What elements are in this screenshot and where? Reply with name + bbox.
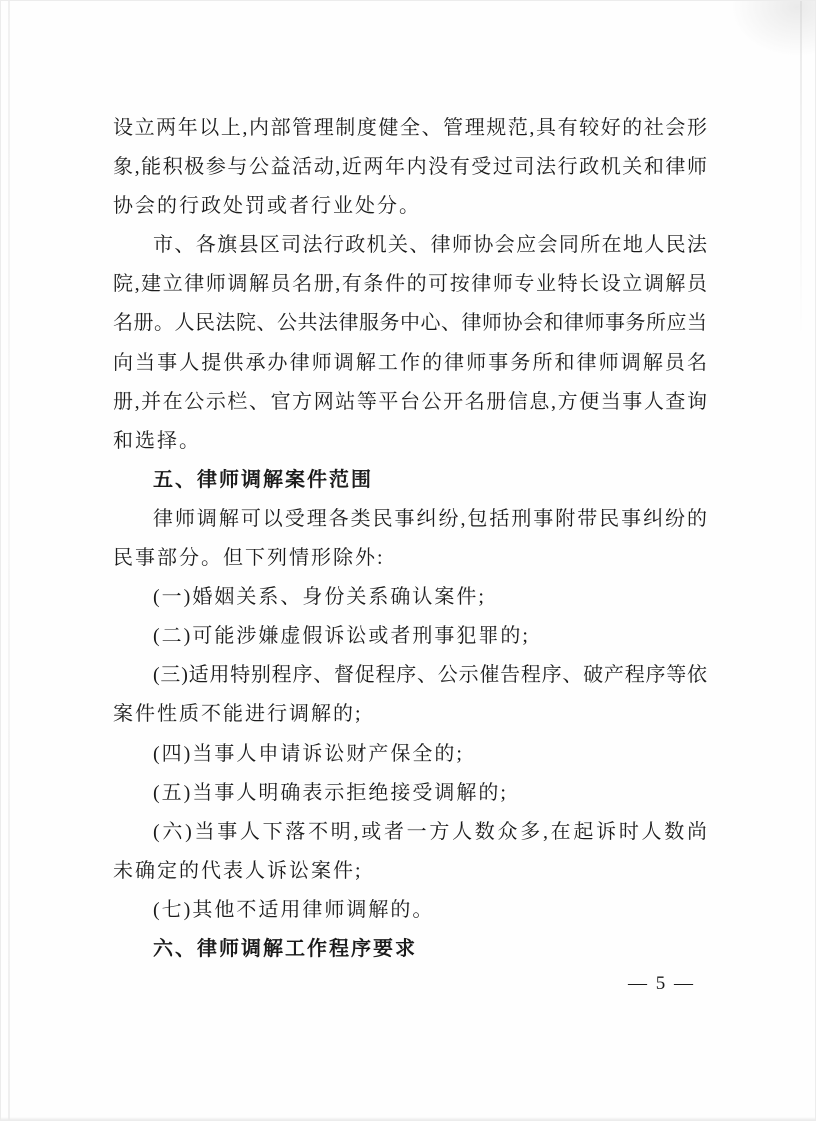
- list-item: (二)可能涉嫌虚假诉讼或者刑事犯罪的;: [113, 617, 707, 656]
- list-item: (四)当事人申请诉讼财产保全的;: [113, 735, 707, 774]
- section-heading-6: 六、律师调解工作程序要求: [113, 930, 707, 969]
- list-item: (七)其他不适用律师调解的。: [113, 891, 707, 930]
- scan-artifact-top-right-smudge: [725, 1, 815, 61]
- text-line: 象,能积极参与公益活动,近两年内没有受过司法行政机关和律师: [113, 148, 707, 187]
- section-heading-5: 五、律师调解案件范围: [113, 461, 707, 500]
- text-line: 册,并在公示栏、官方网站等平台公开名册信息,方便当事人查询: [113, 383, 707, 422]
- list-item: (五)当事人明确表示拒绝接受调解的;: [113, 774, 707, 813]
- text-line: 名册。人民法院、公共法律服务中心、律师协会和律师事务所应当: [113, 304, 707, 343]
- list-item: (一)婚姻关系、身份关系确认案件;: [113, 578, 707, 617]
- text-line: 院,建立律师调解员名册,有条件的可按律师专业特长设立调解员: [113, 265, 707, 304]
- page-number: — 5 —: [628, 971, 695, 997]
- list-item: (三)适用特别程序、督促程序、公示催告程序、破产程序等依: [113, 656, 707, 695]
- scan-artifact-bottom-edge: [1, 1117, 815, 1120]
- text-line: 设立两年以上,内部管理制度健全、管理规范,具有较好的社会形: [113, 109, 707, 148]
- text-line: 向当事人提供承办律师调解工作的律师事务所和律师调解员名: [113, 344, 707, 383]
- text-line: 案件性质不能进行调解的;: [113, 695, 707, 734]
- text-line: 协会的行政处罚或者行业处分。: [113, 187, 707, 226]
- document-page: 设立两年以上,内部管理制度健全、管理规范,具有较好的社会形 象,能积极参与公益活…: [0, 0, 816, 1121]
- list-item: (六)当事人下落不明,或者一方人数众多,在起诉时人数尚: [113, 813, 707, 852]
- scan-artifact-left-edge: [8, 1, 10, 1120]
- text-line: 和选择。: [113, 422, 707, 461]
- text-line: 律师调解可以受理各类民事纠纷,包括刑事附带民事纠纷的: [113, 500, 707, 539]
- text-line: 未确定的代表人诉讼案件;: [113, 852, 707, 891]
- text-line: 市、各旗县区司法行政机关、律师协会应会同所在地人民法: [113, 226, 707, 265]
- document-body: 设立两年以上,内部管理制度健全、管理规范,具有较好的社会形 象,能积极参与公益活…: [113, 109, 707, 969]
- text-line: 民事部分。但下列情形除外:: [113, 539, 707, 578]
